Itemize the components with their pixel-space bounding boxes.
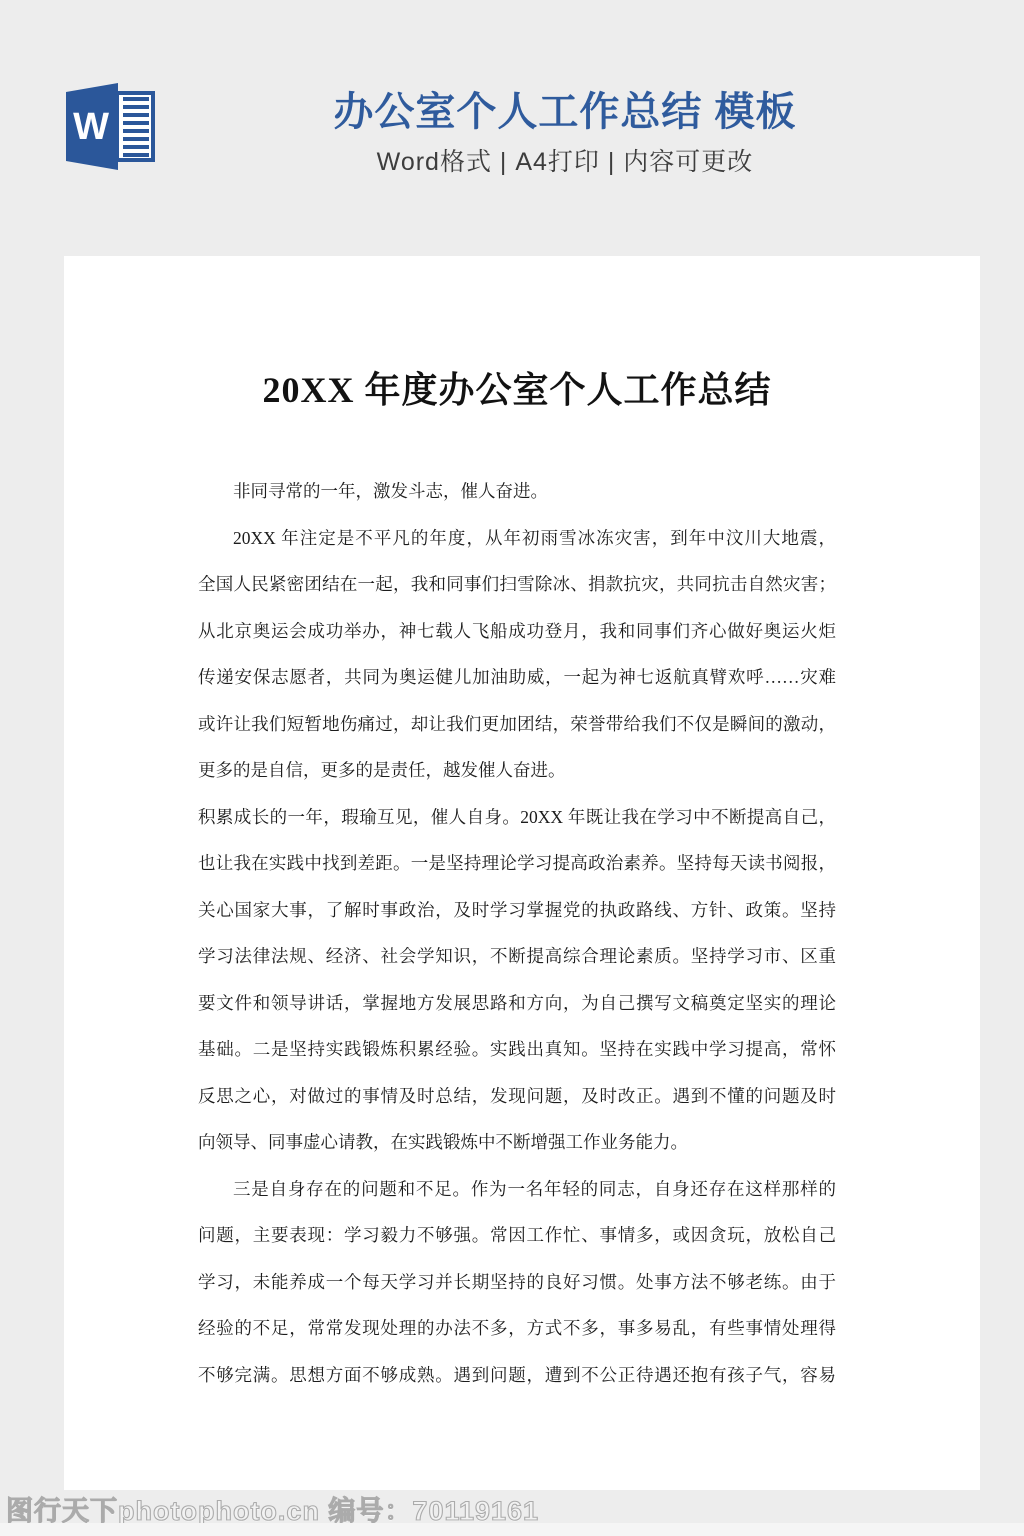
- svg-text:W: W: [73, 106, 109, 148]
- document-title: 20XX 年度办公室个人工作总结: [198, 368, 836, 412]
- document-line: 基础。二是坚持实践锻炼积累经验。实践出真知。坚持在实践中学习提高，常怀: [198, 1026, 836, 1073]
- listing-subtitle: Word格式 | A4打印 | 内容可更改: [106, 146, 1024, 178]
- header-text-block: 办公室个人工作总结 模板 Word格式 | A4打印 | 内容可更改: [106, 88, 1024, 178]
- document-line: 学习法律法规、经济、社会学知识，不断提高综合理论素质。坚持学习市、区重: [198, 933, 836, 980]
- document-line: 也让我在实践中找到差距。一是坚持理论学习提高政治素养。坚持每天读书阅报，: [198, 840, 836, 887]
- bottom-strip: [0, 1523, 1024, 1536]
- document-line: 积累成长的一年，瑕瑜互见，催人自身。20XX 年既让我在学习中不断提高自己，: [198, 794, 836, 841]
- document-line: 经验的不足，常常发现处理的办法不多，方式不多，事多易乱，有些事情处理得: [198, 1305, 836, 1352]
- document-line: 从北京奥运会成功举办，神七载人飞船成功登月，我和同事们齐心做好奥运火炬: [198, 608, 836, 655]
- document-line: 非同寻常的一年，激发斗志，催人奋进。: [198, 468, 836, 515]
- document-line: 问题，主要表现：学习毅力不够强。常因工作忙、事情多，或因贪玩，放松自己: [198, 1212, 836, 1259]
- document-line: 要文件和领导讲话，掌握地方发展思路和方向，为自己撰写文稿奠定坚实的理论: [198, 980, 836, 1027]
- document-page: 20XX 年度办公室个人工作总结 非同寻常的一年，激发斗志，催人奋进。20XX …: [64, 256, 980, 1490]
- document-line: 反思之心，对做过的事情及时总结，发现问题，及时改正。遇到不懂的问题及时: [198, 1073, 836, 1120]
- document-line: 不够完满。思想方面不够成熟。遇到问题，遭到不公正待遇还抱有孩子气，容易: [198, 1352, 836, 1399]
- document-line: 更多的是自信，更多的是责任，越发催人奋进。: [198, 747, 836, 794]
- document-line: 或许让我们短暂地伤痛过，却让我们更加团结，荣誉带给我们不仅是瞬间的激动，: [198, 701, 836, 748]
- page-background: W 办公室个人工作总结 模板 Word格式 | A4打印 | 内容可更改 20X…: [0, 0, 1024, 1536]
- document-line: 关心国家大事，了解时事政治，及时学习掌握党的执政路线、方针、政策。坚持: [198, 887, 836, 934]
- document-line: 传递安保志愿者，共同为奥运健儿加油助威，一起为神七返航真臂欢呼……灾难: [198, 654, 836, 701]
- document-body: 非同寻常的一年，激发斗志，催人奋进。20XX 年注定是不平凡的年度，从年初雨雪冰…: [198, 468, 836, 1398]
- document-line: 三是自身存在的问题和不足。作为一名年轻的同志，自身还存在这样那样的: [198, 1166, 836, 1213]
- listing-title: 办公室个人工作总结 模板: [106, 88, 1024, 136]
- document-line: 学习，未能养成一个每天学习并长期坚持的良好习惯。处事方法不够老练。由于: [198, 1259, 836, 1306]
- document-line: 20XX 年注定是不平凡的年度，从年初雨雪冰冻灾害，到年中汶川大地震，: [198, 515, 836, 562]
- document-line: 全国人民紧密团结在一起，我和同事们扫雪除冰、捐款抗灾，共同抗击自然灾害；: [198, 561, 836, 608]
- document-line: 向领导、同事虚心请教，在实践锻炼中不断增强工作业务能力。: [198, 1119, 836, 1166]
